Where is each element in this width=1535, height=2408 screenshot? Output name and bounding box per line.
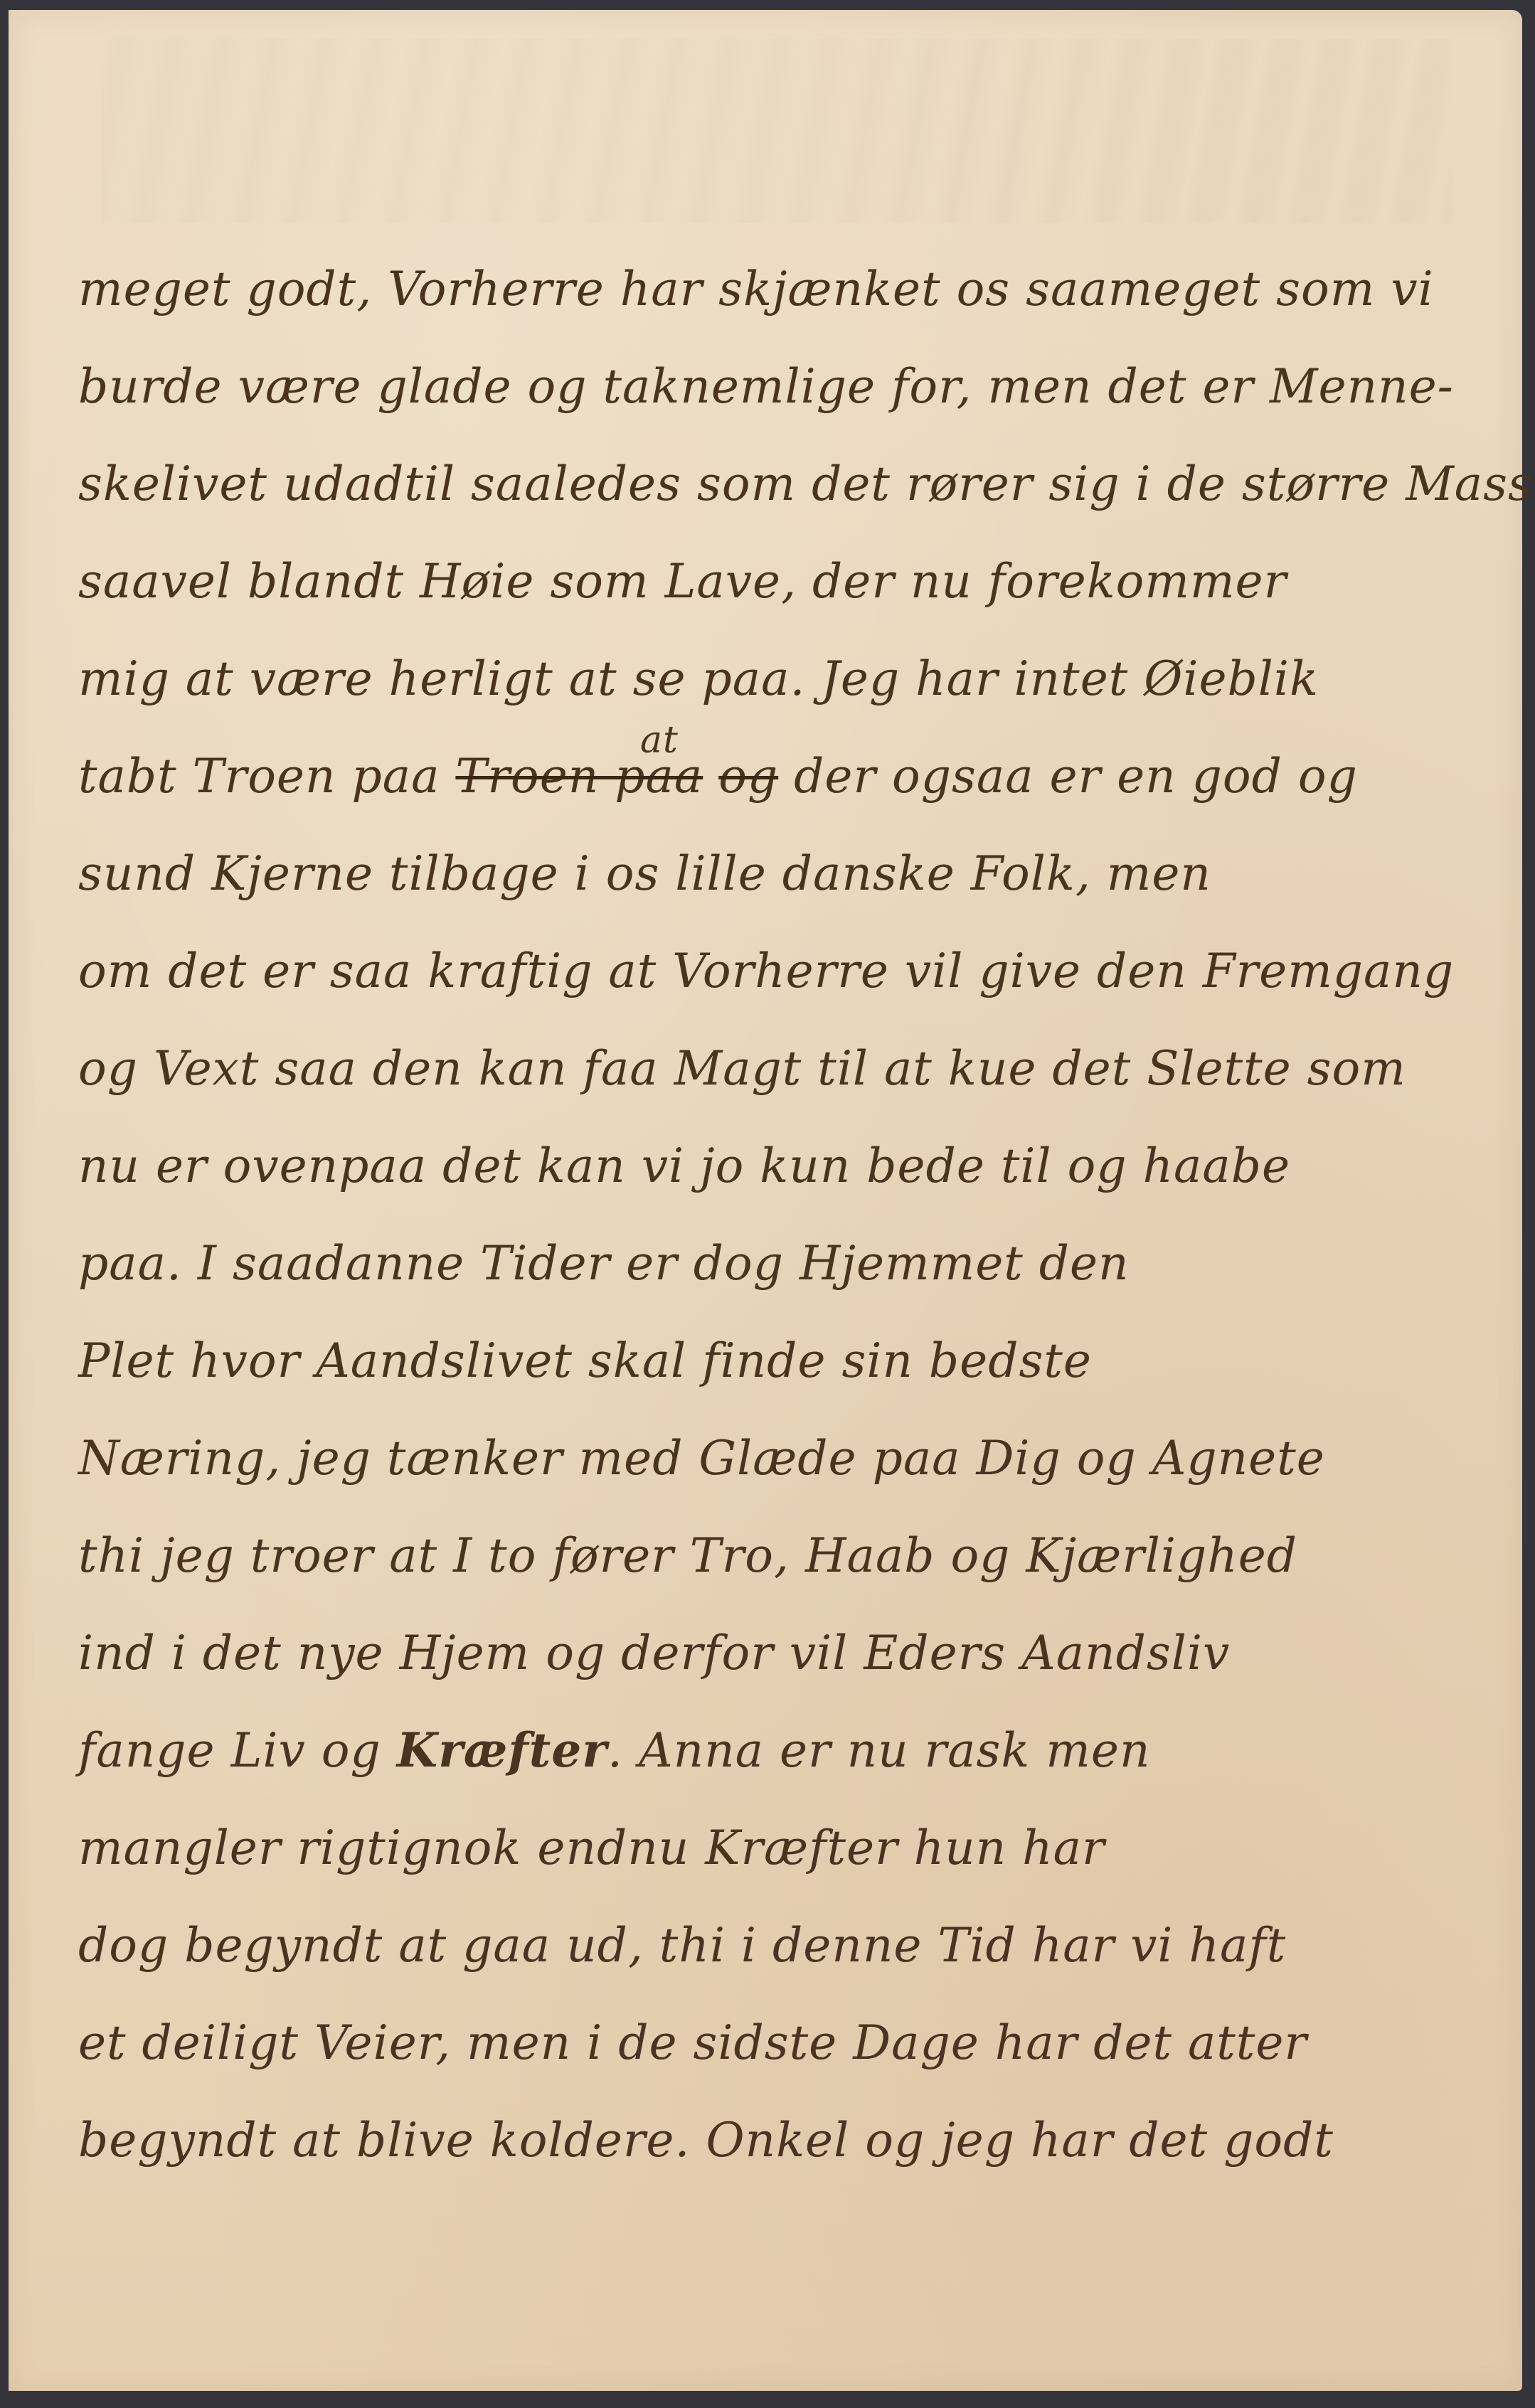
line-text: fange Liv og [78, 1723, 397, 1778]
line-text: tabt Troen paa [78, 749, 455, 804]
letter-line-14: thi jeg troer at I to fører Tro, Haab og… [78, 1507, 1508, 1604]
letter-line-16: fange Liv og Kræfter. Anna er nu rask me… [78, 1702, 1508, 1799]
letter-line-11: paa. I saadanne Tider er dog Hjemmet den [78, 1215, 1508, 1312]
letter-line-20: begyndt at blive koldere. Onkel og jeg h… [78, 2092, 1508, 2189]
line-text: meget godt, Vorherre har skjænket os saa… [78, 262, 1434, 316]
line-text: paa. I saadanne Tider er dog Hjemmet den [78, 1236, 1130, 1291]
line-text: der ogsaa er en god og [778, 749, 1358, 804]
line-text: sund Kjerne tilbage i os lille danske Fo… [78, 846, 1211, 901]
letter-line-8: om det er saa kraftig at Vorherre vil gi… [78, 922, 1508, 1020]
line-text: . Anna er nu rask men [607, 1723, 1150, 1778]
letter-line-3: skelivet udadtil saaledes som det rører … [78, 435, 1508, 533]
line-text: dog begyndt at gaa ud, thi i denne Tid h… [78, 1918, 1286, 1973]
line-text: om det er saa kraftig at Vorherre vil gi… [78, 944, 1454, 998]
letter-line-10: nu er ovenpaa det kan vi jo kun bede til… [78, 1117, 1508, 1215]
line-text: Plet hvor Aandslivet skal finde sin beds… [78, 1333, 1092, 1388]
ink-bleed-through [101, 38, 1452, 223]
line-text: burde være glade og taknemlige for, men … [78, 359, 1454, 414]
letter-line-15: ind i det nye Hjem og derfor vil Eders A… [78, 1604, 1508, 1702]
letter-line-4: saavel blandt Høie som Lave, der nu fore… [78, 533, 1508, 630]
letter-line-13: Næring, jeg tænker med Glæde paa Dig og … [78, 1410, 1508, 1507]
line-text: saavel blandt Høie som Lave, der nu fore… [78, 554, 1287, 609]
line-text: nu er ovenpaa det kan vi jo kun bede til… [78, 1139, 1290, 1193]
line-text: begyndt at blive koldere. Onkel og jeg h… [78, 2113, 1334, 2168]
line-text: mig at være herligt at se paa. Jeg har i… [78, 651, 1319, 706]
letter-line-18: dog begyndt at gaa ud, thi i denne Tid h… [78, 1897, 1508, 1994]
line-text: Næring, jeg tænker med Glæde paa Dig og … [78, 1431, 1325, 1486]
letter-line-12: Plet hvor Aandslivet skal finde sin beds… [78, 1312, 1508, 1410]
letter-line-2: burde være glade og taknemlige for, men … [78, 338, 1508, 435]
letter-line-5: mig at være herligt at se paa. Jeg har i… [78, 630, 1508, 728]
line-text: skelivet udadtil saaledes som det rører … [78, 457, 1535, 511]
letter-line-19: et deiligt Veier, men i de sidste Dage h… [78, 1994, 1508, 2092]
line-text: et deiligt Veier, men i de sidste Dage h… [78, 2015, 1307, 2070]
letter-line-6: tabt Troen paa Troen paa og der ogsaa er… [78, 728, 1508, 825]
emphasized-word: Kræfter [397, 1722, 607, 1778]
interlinear-insertion: at [640, 722, 679, 759]
line-text: ind i det nye Hjem og derfor vil Eders A… [78, 1626, 1230, 1680]
struck-text: og [718, 749, 778, 804]
letter-line-7: sund Kjerne tilbage i os lille danske Fo… [78, 825, 1508, 922]
letter-line-1: meget godt, Vorherre har skjænket os saa… [78, 240, 1508, 338]
letter-line-9: og Vext saa den kan faa Magt til at kue … [78, 1020, 1508, 1117]
line-text: thi jeg troer at I to fører Tro, Haab og… [78, 1528, 1297, 1583]
line-text: og Vext saa den kan faa Magt til at kue … [78, 1041, 1406, 1096]
line-text: mangler rigtignok endnu Kræfter hun har [78, 1821, 1105, 1875]
letter-body: meget godt, Vorherre har skjænket os saa… [78, 240, 1508, 2189]
letter-line-17: mangler rigtignok endnu Kræfter hun har [78, 1799, 1508, 1897]
spacer [703, 749, 718, 804]
